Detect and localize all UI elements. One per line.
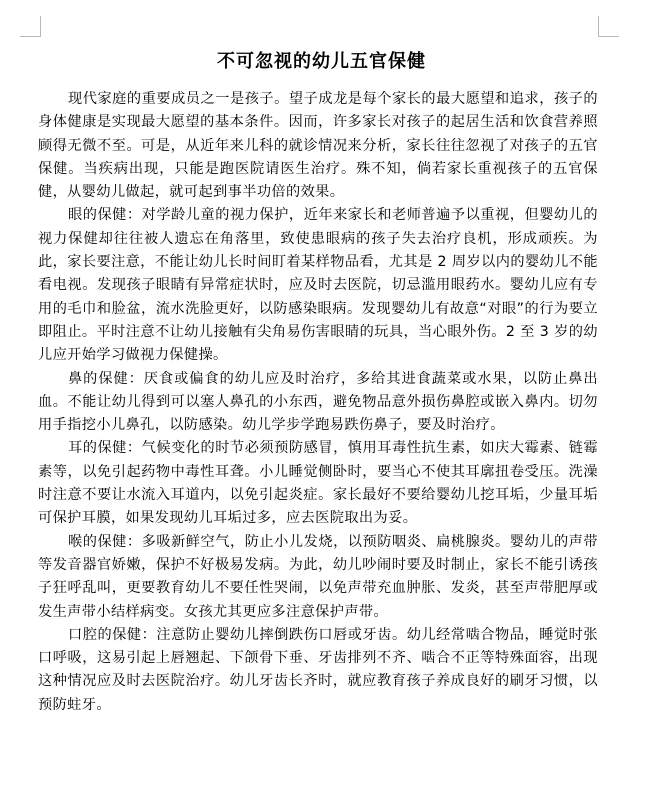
paragraph-eye-care: 眼的保健：对学龄儿童的视力保护，近年来家长和老师普遍予以重视，但婴幼儿的视力保健… xyxy=(38,204,598,367)
document-body: 现代家庭的重要成员之一是孩子。望子成龙是每个家长的最大愿望和追求，孩子的身体健康… xyxy=(38,88,598,717)
paragraph-ear-care: 耳的保健：气候变化的时节必须预防感冒，慎用耳毒性抗生素，如庆大霉素、链霉素等，以… xyxy=(38,437,598,530)
top-right-margin-mark xyxy=(598,16,619,37)
top-left-margin-mark xyxy=(20,16,41,37)
paragraph-throat-care: 喉的保健：多吸新鲜空气，防止小儿发烧，以预防咽炎、扁桃腺炎。婴幼儿的声带等发音器… xyxy=(38,531,598,624)
paragraph-nose-care: 鼻的保健：厌食或偏食的幼儿应及时治疗，多给其进食蔬菜或水果，以防止鼻出血。不能让… xyxy=(38,368,598,438)
document-page: 不可忽视的幼儿五官保健 现代家庭的重要成员之一是孩子。望子成龙是每个家长的最大愿… xyxy=(0,0,658,809)
document-title: 不可忽视的幼儿五官保健 xyxy=(0,50,643,74)
paragraph-intro: 现代家庭的重要成员之一是孩子。望子成龙是每个家长的最大愿望和追求，孩子的身体健康… xyxy=(38,88,598,204)
paragraph-oral-care: 口腔的保健：注意防止婴幼儿摔倒跌伤口唇或牙齿。幼儿经常啮合物品，睡觉时张口呼吸，… xyxy=(38,624,598,717)
